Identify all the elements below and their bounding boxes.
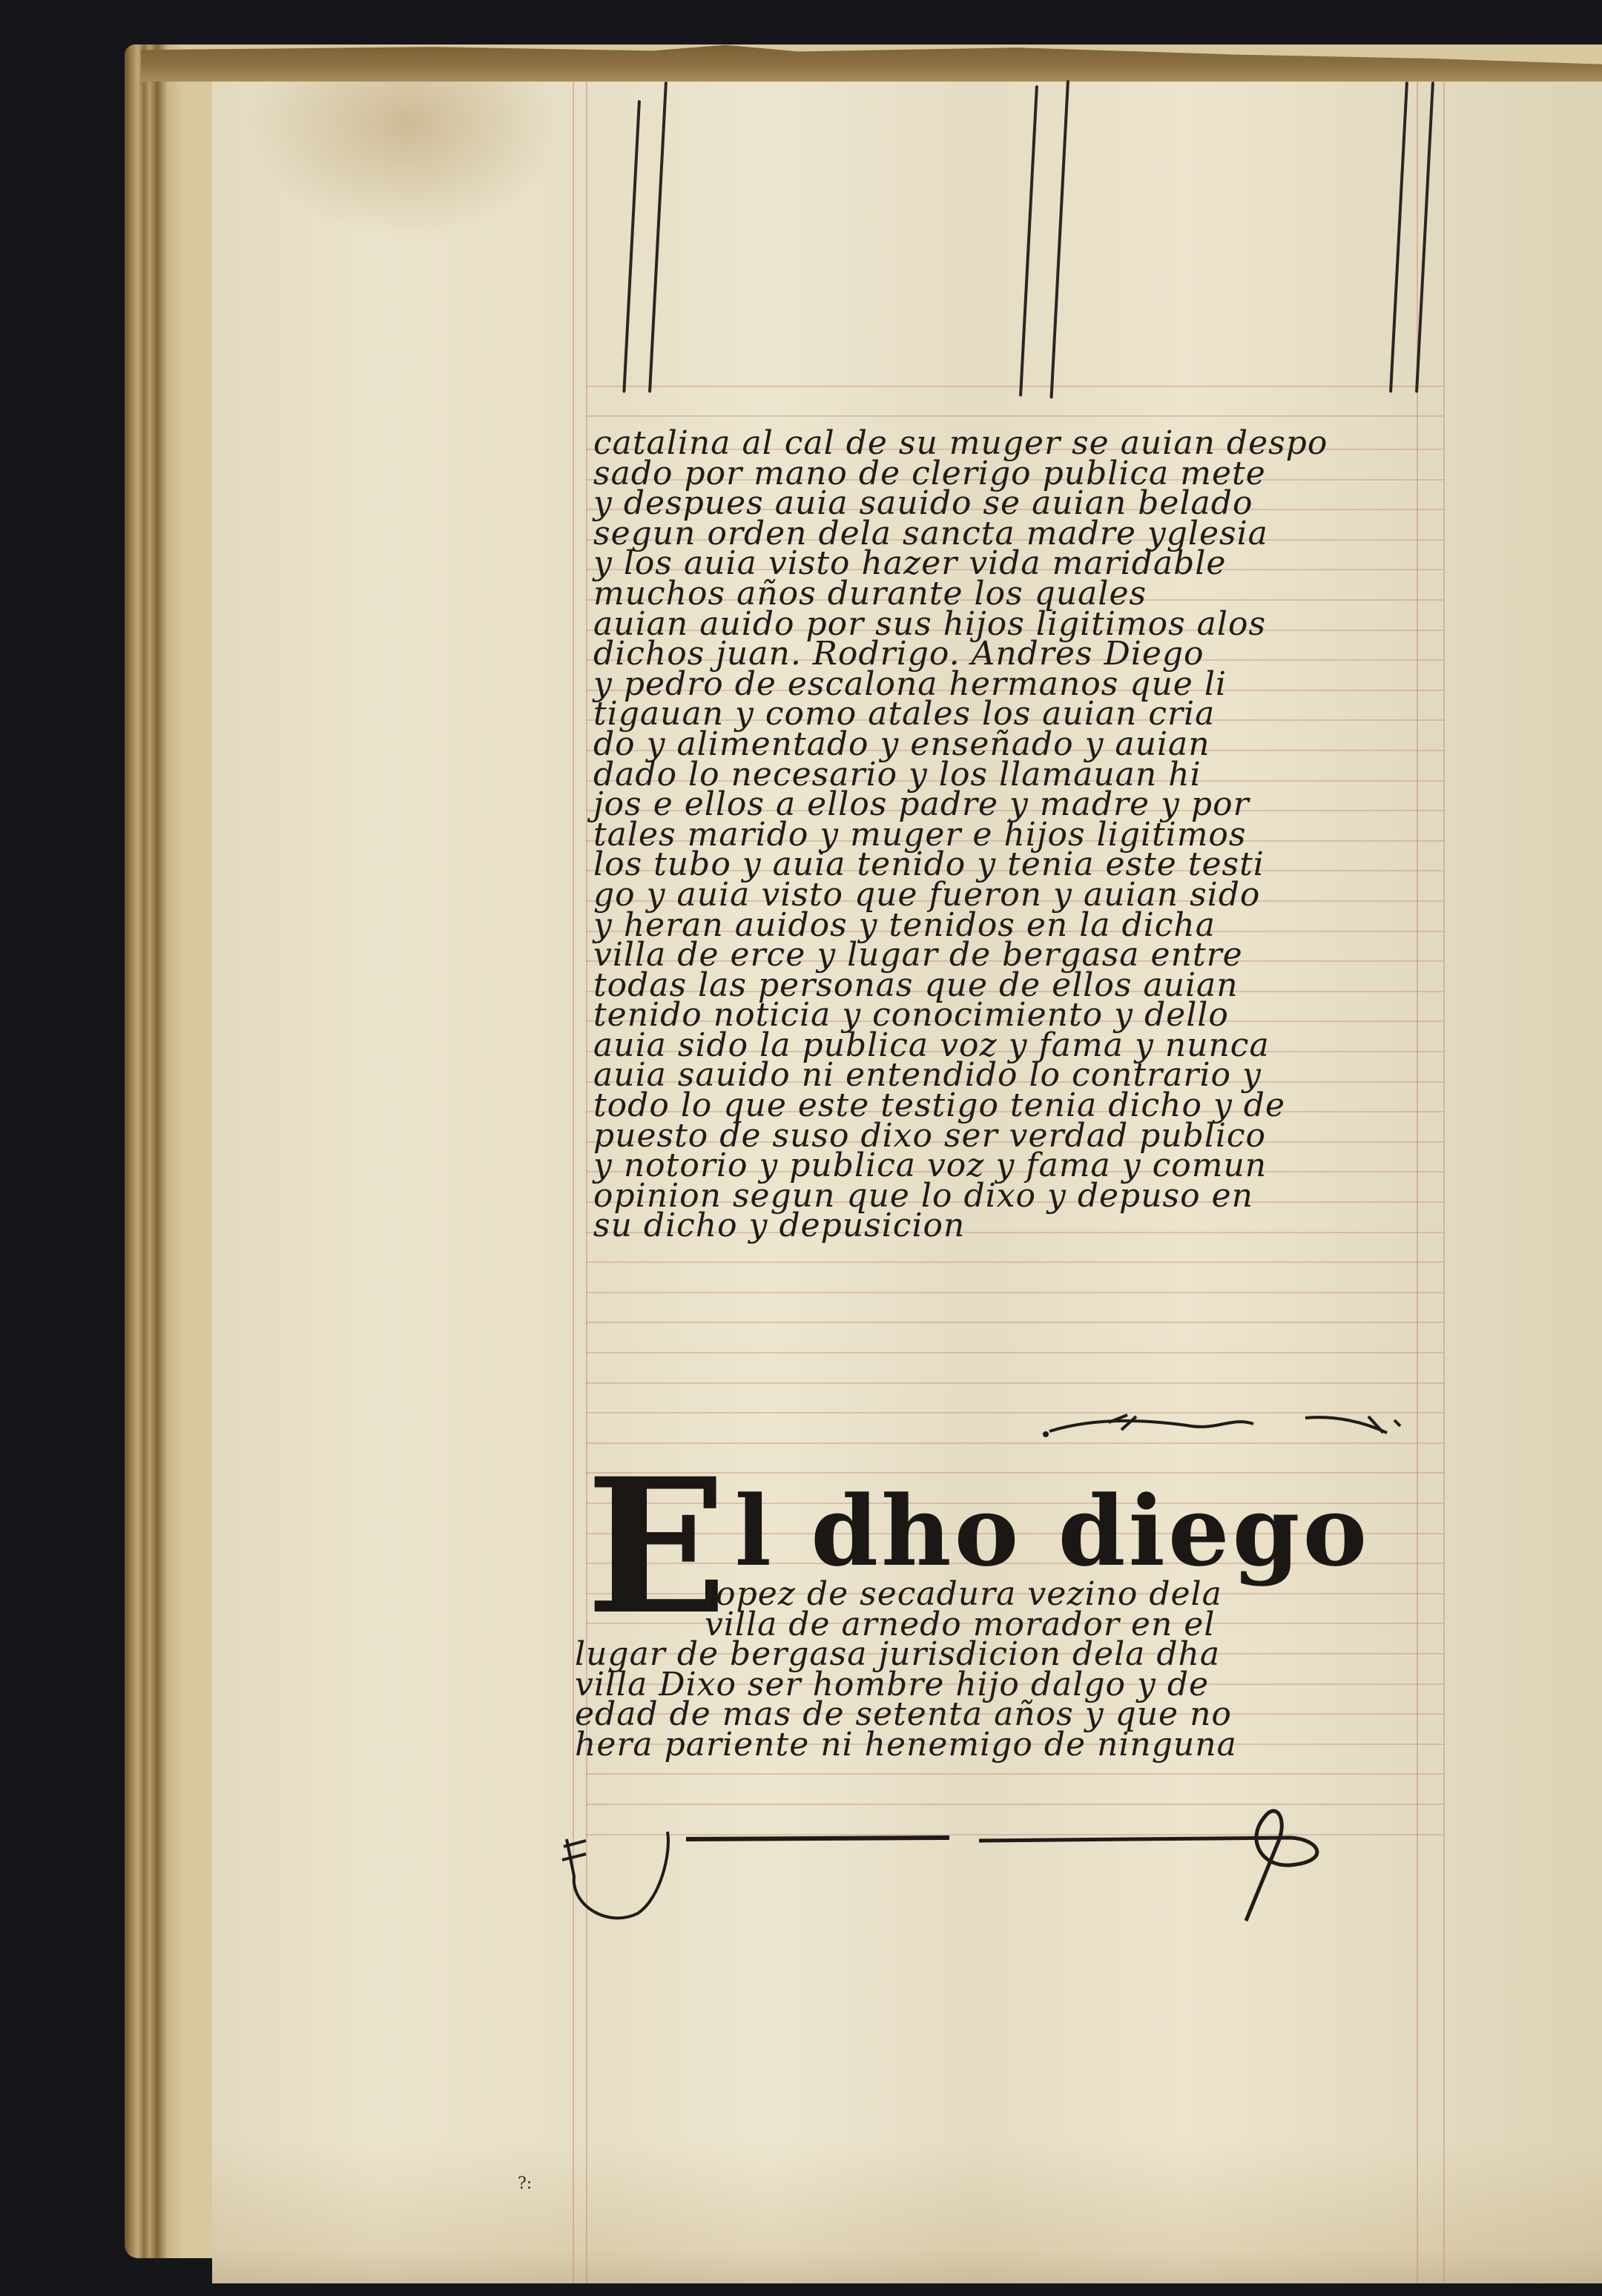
text-line: hera pariente ni henemigo de ninguna bbox=[575, 1730, 1450, 1761]
heading-text: l dho diego bbox=[735, 1474, 1371, 1588]
ruling-line bbox=[586, 1352, 1443, 1353]
ruling-left-outer bbox=[573, 77, 574, 2283]
ruling-line bbox=[586, 1322, 1443, 1323]
ruling-line bbox=[586, 1292, 1443, 1293]
closing-paraph-flourish-icon bbox=[549, 1795, 1513, 1943]
manuscript-continuation-text: lopez de secadura vezino dela villa de a… bbox=[575, 1580, 1450, 1761]
ruling-line bbox=[586, 1382, 1443, 1384]
margin-mark: ?: bbox=[518, 2174, 532, 2193]
ruling-line bbox=[586, 1773, 1443, 1775]
text-line: su dicho y depusicion bbox=[593, 1211, 1446, 1241]
ruling-line bbox=[586, 1261, 1443, 1263]
ruling-line bbox=[586, 386, 1443, 387]
ruling-line bbox=[586, 415, 1443, 417]
ruling-left-inner bbox=[586, 77, 587, 2283]
manuscript-body-text: catalina al cal de su muger se auian des… bbox=[593, 429, 1446, 1241]
